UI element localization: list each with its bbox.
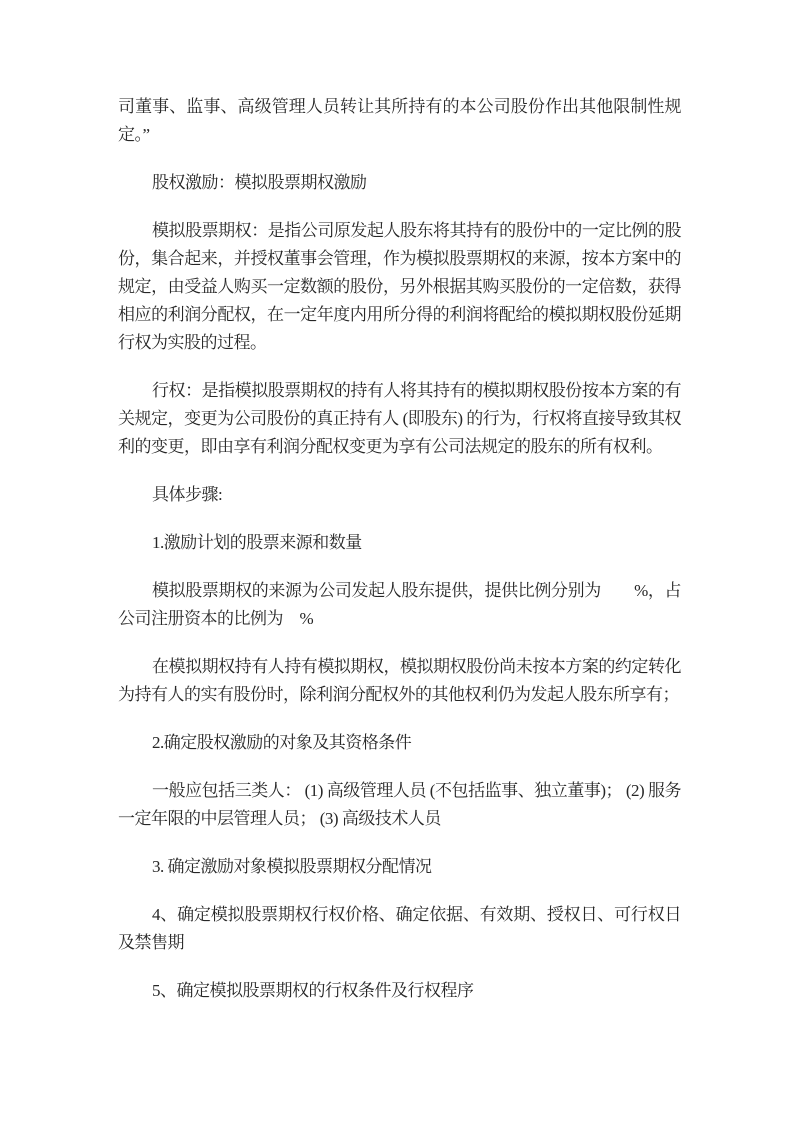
paragraph-continuation: 司董事、监事、高级管理人员转让其所持有的本公司股份作出其他限制性规定。” bbox=[118, 93, 681, 149]
paragraph-step-3: 3. 确定激励对象模拟股票期权分配情况 bbox=[118, 853, 681, 881]
document-page: 司董事、监事、高级管理人员转让其所持有的本公司股份作出其他限制性规定。” 股权激… bbox=[0, 0, 793, 1122]
paragraph-incentive-heading: 股权激励：模拟股票期权激励 bbox=[118, 169, 681, 197]
paragraph-step-1-detail-rights: 在模拟期权持有人持有模拟期权，模拟期权股份尚未按本方案的约定转化为持有人的实有股… bbox=[118, 653, 681, 709]
paragraph-step-2-detail: 一般应包括三类人： (1) 高级管理人员 (不包括监事、独立董事)； (2) 服… bbox=[118, 777, 681, 833]
paragraph-simulated-option-definition: 模拟股票期权：是指公司原发起人股东将其持有的股份中的一定比例的股份，集合起来，并… bbox=[118, 217, 681, 357]
document-body: 司董事、监事、高级管理人员转让其所持有的本公司股份作出其他限制性规定。” 股权激… bbox=[0, 0, 793, 1005]
paragraph-step-5: 5、确定模拟股票期权的行权条件及行权程序 bbox=[118, 977, 681, 1005]
paragraph-step-4: 4、确定模拟股票期权行权价格、确定依据、有效期、授权日、可行权日及禁售期 bbox=[118, 901, 681, 957]
paragraph-steps-heading: 具体步骤: bbox=[118, 481, 681, 509]
paragraph-step-2-heading: 2.确定股权激励的对象及其资格条件 bbox=[118, 729, 681, 757]
paragraph-exercise-definition: 行权：是指模拟股票期权的持有人将其持有的模拟期权股份按本方案的有关规定，变更为公… bbox=[118, 377, 681, 461]
paragraph-step-1-heading: 1.激励计划的股票来源和数量 bbox=[118, 529, 681, 557]
paragraph-step-1-detail-source: 模拟股票期权的来源为公司发起人股东提供，提供比例分别为 %，占公司注册资本的比例… bbox=[118, 577, 681, 633]
